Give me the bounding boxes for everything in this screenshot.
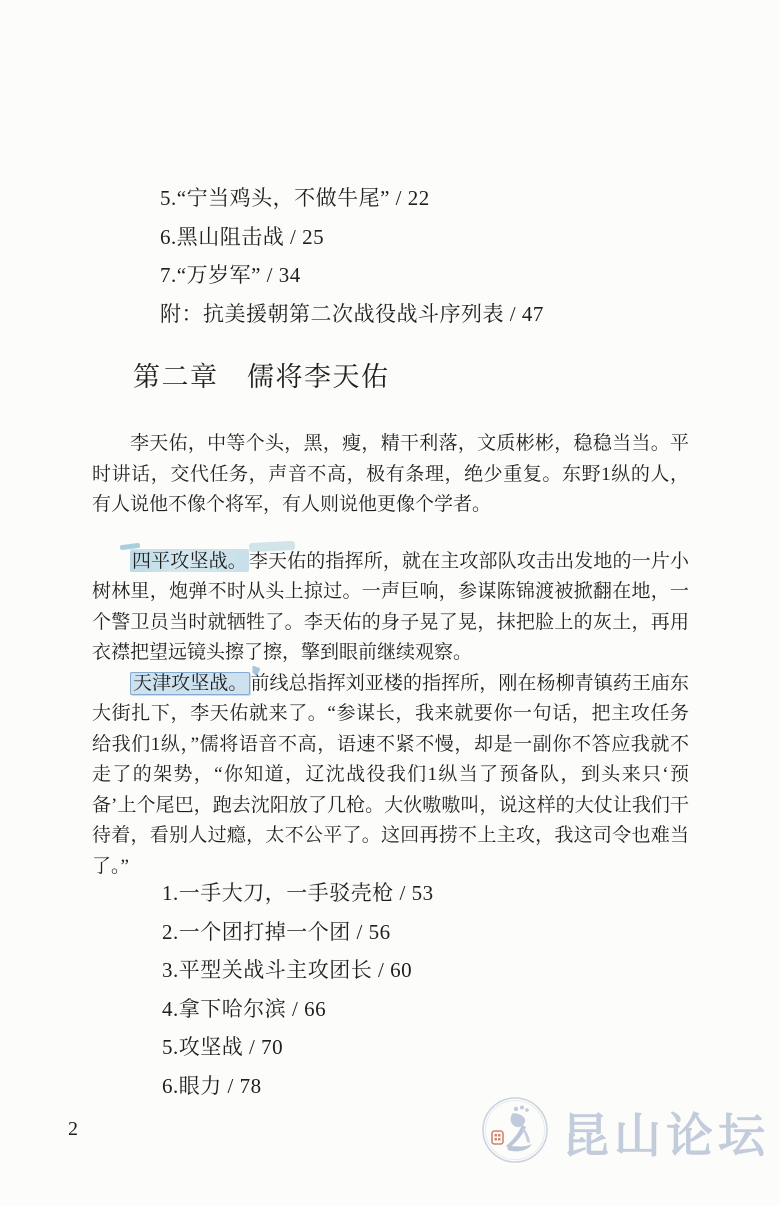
- highlight-term-siping: 四平攻坚战。: [130, 551, 249, 572]
- chapter-heading: 第二章 儒将李天佑: [133, 355, 390, 394]
- toc-list-top: 5.“宁当鸡头，不做牛尾” / 22 6.黑山阻击战 / 25 7.“万岁军” …: [160, 179, 544, 333]
- watermark-text: 昆山论坛: [562, 1099, 770, 1166]
- paragraph-intro: 李天佑，中等个头，黑，瘦，精干利落，文质彬彬，稳稳当当。平时讲话，交代任务，声音…: [92, 429, 689, 521]
- toc-item: 7.“万岁军” / 34: [160, 256, 544, 295]
- highlight-term-tianjin: 天津攻坚战。: [130, 672, 250, 695]
- page-number: 2: [68, 1118, 78, 1141]
- paragraph-tianjin: 天津攻坚战。前线总指挥刘亚楼的指挥所，刚在杨柳青镇药王庙东大街扎下，李天佑就来了…: [92, 669, 689, 883]
- watermark: 昆山论坛: [480, 1094, 770, 1171]
- forum-logo-icon: [480, 1094, 550, 1171]
- toc-item: 附：抗美援朝第二次战役战斗序列表 / 47: [160, 295, 544, 334]
- toc-list-bottom: 1.一手大刀，一手驳壳枪 / 53 2.一个团打掉一个团 / 56 3.平型关战…: [162, 874, 434, 1105]
- toc-item: 1.一手大刀，一手驳壳枪 / 53: [162, 874, 434, 913]
- toc-item: 5.“宁当鸡头，不做牛尾” / 22: [160, 179, 544, 218]
- toc-item: 5.攻坚战 / 70: [162, 1028, 434, 1067]
- paragraph-siping: 四平攻坚战。李天佑的指挥所，就在主攻部队攻击出发地的一片小树林里，炮弹不时从头上…: [92, 547, 689, 669]
- toc-item: 2.一个团打掉一个团 / 56: [162, 913, 434, 952]
- toc-item: 4.拿下哈尔滨 / 66: [162, 990, 434, 1029]
- paragraph-tianjin-text: 前线总指挥刘亚楼的指挥所，刚在杨柳青镇药王庙东大街扎下，李天佑就来了。“参谋长，…: [92, 673, 689, 877]
- toc-item: 6.眼力 / 78: [162, 1067, 434, 1106]
- body-text-block: 李天佑，中等个头，黑，瘦，精干利落，文质彬彬，稳稳当当。平时讲话，交代任务，声音…: [92, 429, 689, 882]
- toc-item: 6.黑山阻击战 / 25: [160, 218, 544, 257]
- book-page: 5.“宁当鸡头，不做牛尾” / 22 6.黑山阻击战 / 25 7.“万岁军” …: [0, 0, 780, 1206]
- toc-item: 3.平型关战斗主攻团长 / 60: [162, 951, 434, 990]
